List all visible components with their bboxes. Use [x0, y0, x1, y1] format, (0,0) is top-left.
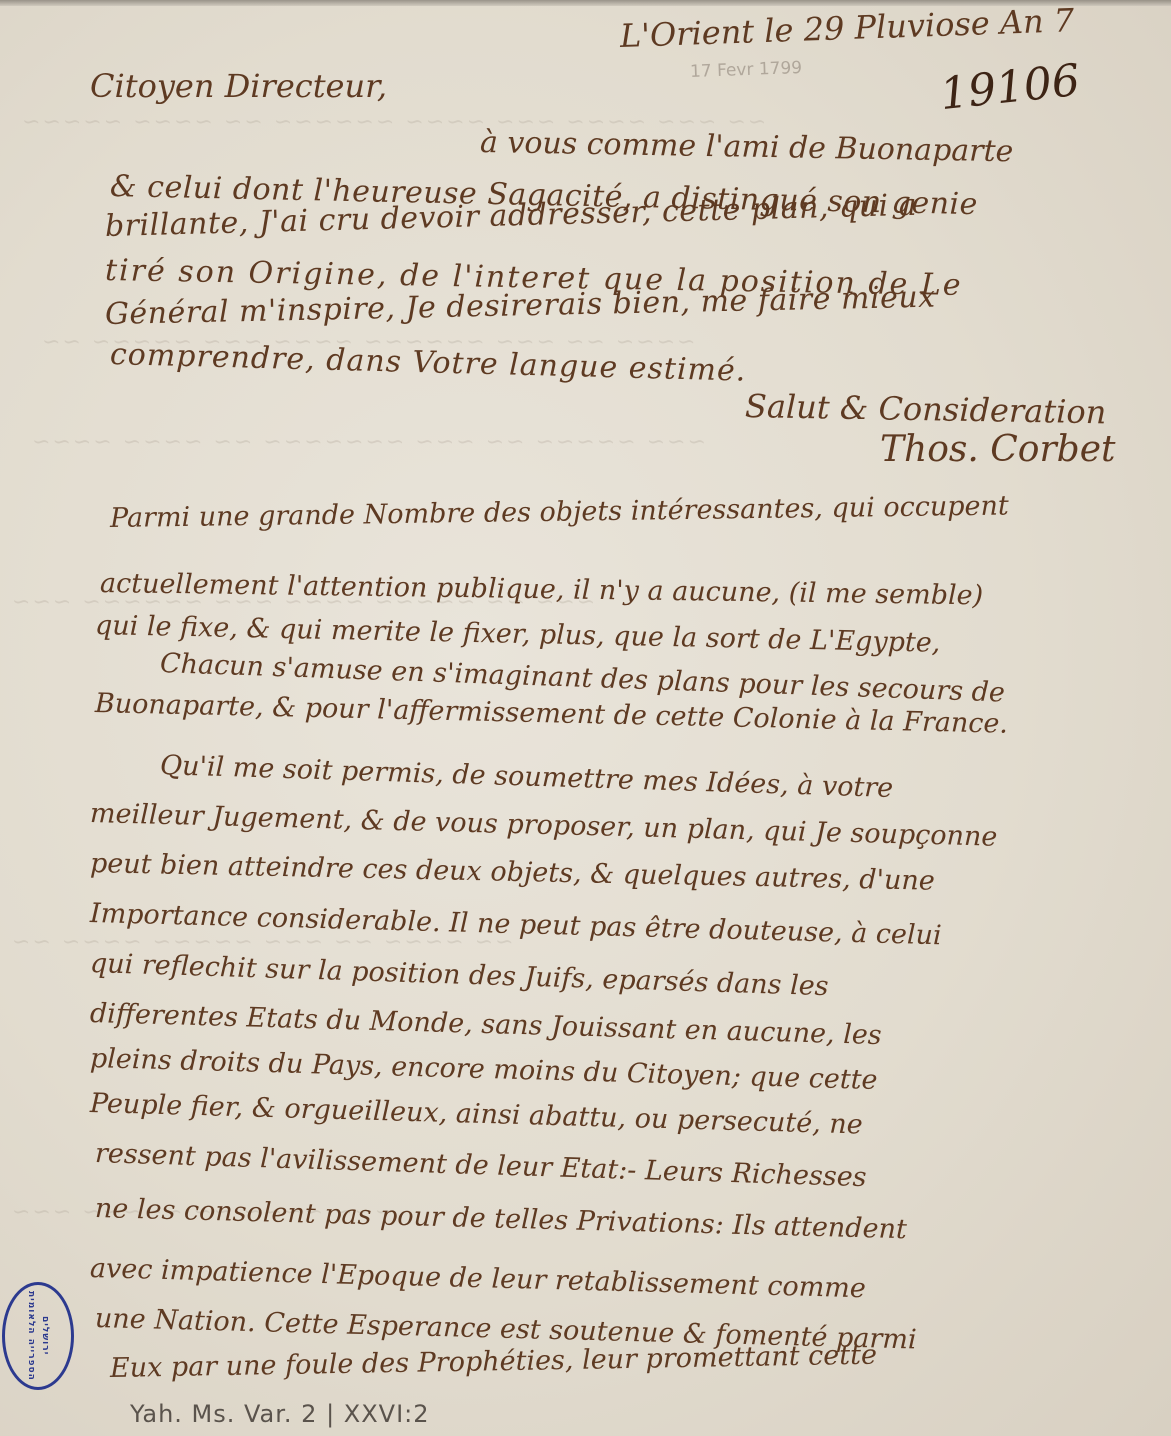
body-line-13: Peuple fier, & orgueilleux, ainsi abattu…	[90, 1090, 863, 1139]
folio-number: 19106	[938, 55, 1083, 120]
shelfmark: Yah. Ms. Var. 2 | XXVI:2	[130, 1400, 430, 1428]
manuscript-page: ~~ ~~~ ~~~~ ~~~ ~~~~ ~~~~~~ ~~ ~~~~ ~~~~…	[0, 0, 1171, 1436]
body-line-8: peut bien atteindre ces deux objets, & q…	[90, 850, 935, 895]
stamp-text-inner: הספרייה הלאומית	[26, 1291, 36, 1381]
body-line-10: qui reflechit sur la position des Juifs,…	[90, 950, 829, 1000]
cover-line-1: à vous comme l'ami de Buonaparte	[480, 128, 1014, 167]
pencil-date-annotation: 17 Fevr 1799	[690, 58, 803, 82]
body-line-15: ne les consolent pas pour de telles Priv…	[95, 1195, 907, 1243]
body-line-2: actuellement l'attention publique, il n'…	[100, 570, 983, 609]
body-line-12: pleins droits du Pays, encore moins du C…	[90, 1045, 878, 1094]
place-date: L'Orient le 29 Pluviose An 7	[619, 4, 1074, 52]
body-line-7: meilleur Jugement, & de vous proposer, u…	[90, 800, 998, 851]
body-line-11: differentes Etats du Monde, sans Jouissa…	[90, 1000, 882, 1049]
closing: Salut & Consideration	[745, 390, 1107, 428]
library-stamp: הספרייה הלאומית ירושלים	[2, 1282, 74, 1390]
body-line-6: Qu'il me soit permis, de soumettre mes I…	[160, 752, 894, 802]
body-line-14: ressent pas l'avilissement de leur Etat:…	[95, 1140, 867, 1191]
salutation: Citoyen Directeur,	[90, 70, 387, 102]
body-line-9: Importance considerable. Il ne peut pas …	[90, 900, 942, 949]
signature: Thos. Corbet	[880, 432, 1115, 468]
body-line-18: Eux par une foule des Prophéties, leur p…	[110, 1342, 877, 1382]
stamp-text-outer: ירושלים	[40, 1316, 50, 1355]
cover-line-6: comprendre, dans Votre langue estimé.	[110, 340, 747, 387]
body-line-16: avec impatience l'Epoque de leur retabli…	[90, 1255, 867, 1302]
body-line-1: Parmi une grande Nombre des objets intér…	[110, 492, 1009, 532]
